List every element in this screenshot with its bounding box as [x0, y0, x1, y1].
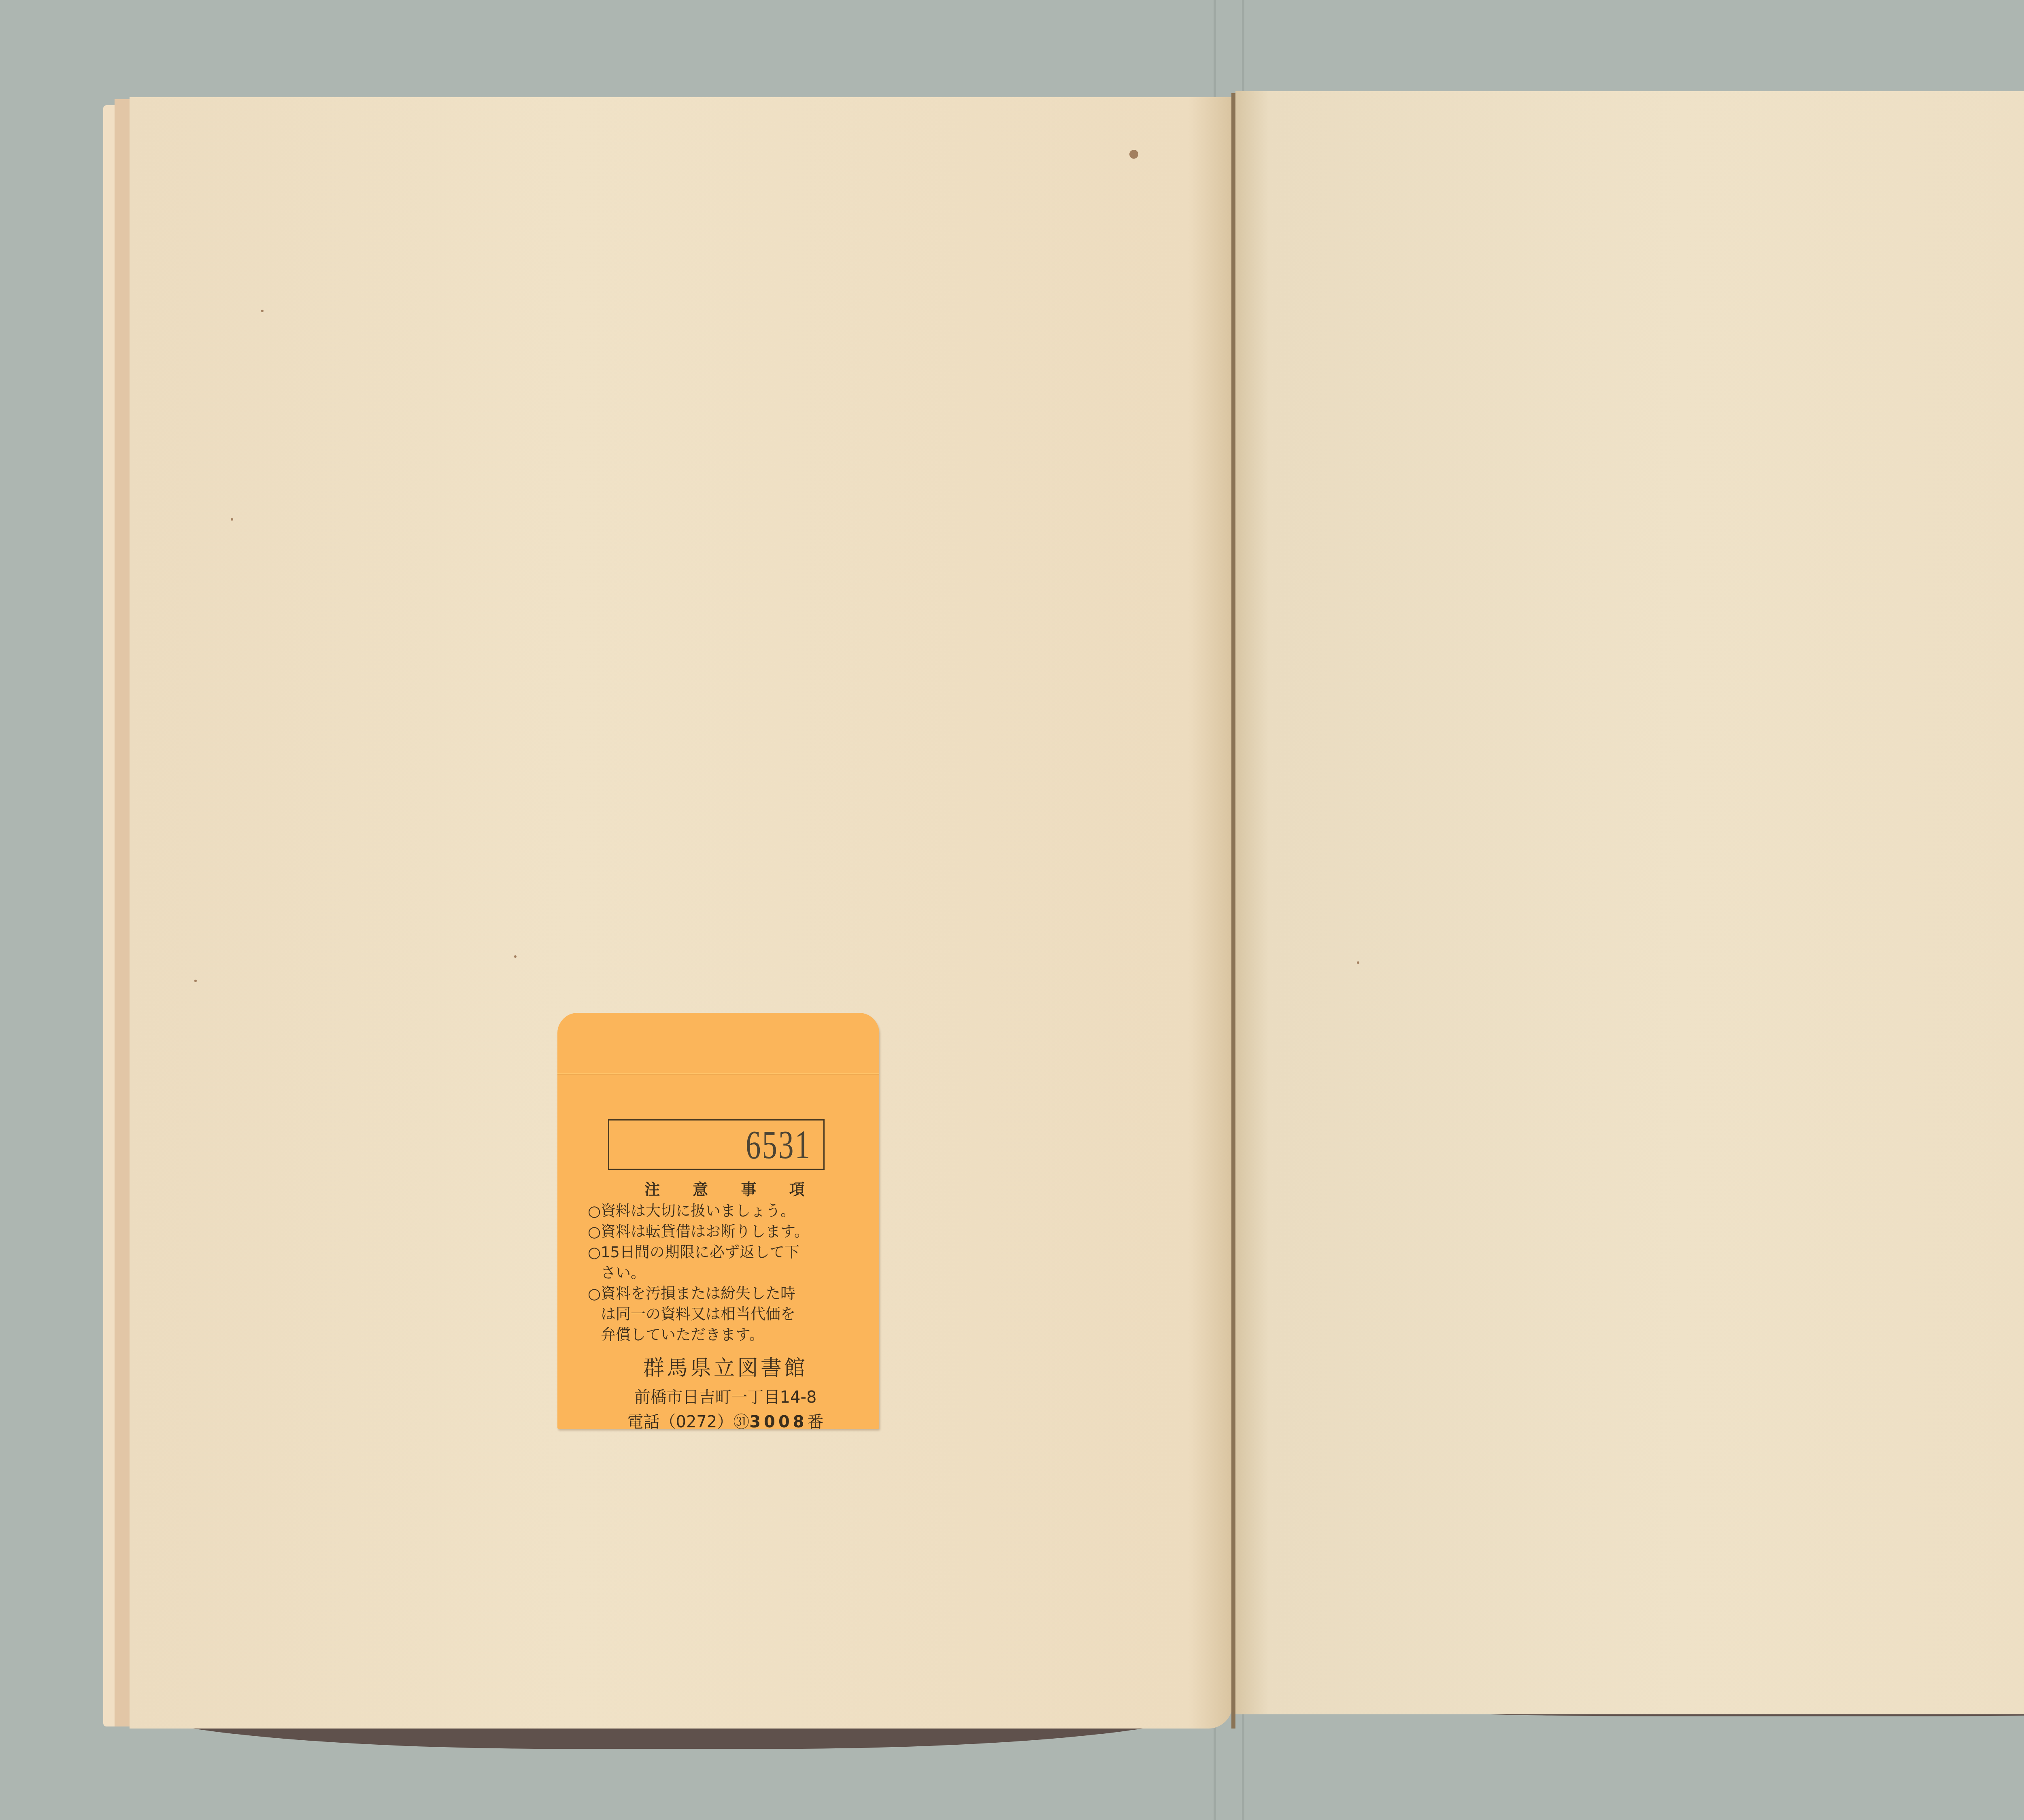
left-fore-edge: [103, 105, 115, 1726]
foxing-spot: [261, 310, 264, 312]
library-name: 群馬県立図書館: [588, 1351, 863, 1381]
foxing-spot: [1129, 150, 1138, 159]
library-phone: 電話（0272）㉛3008番: [588, 1409, 863, 1432]
notice-item: ○資料は転貸借はお断りします。: [588, 1221, 863, 1242]
notice-item: ○15日間の期限に必ず返して下: [588, 1242, 863, 1263]
foxing-spot: [1357, 961, 1359, 964]
call-number: 6531: [746, 1121, 811, 1168]
library-address: 前橋市日吉町一丁目14-8: [588, 1384, 863, 1408]
left-fore-edge-inner: [115, 99, 131, 1726]
left-page: [130, 97, 1233, 1729]
notice-title: 注 意 事 項: [588, 1177, 863, 1199]
call-number-box: 6531: [608, 1119, 825, 1170]
foxing-spot: [231, 518, 233, 521]
notice-item: ○資料を汚損または紛失した時: [588, 1283, 863, 1304]
notice-item-continued: さい。: [588, 1263, 863, 1283]
book-gutter: [1231, 93, 1235, 1729]
notice-item-continued: は同一の資料又は相当代価を: [588, 1304, 863, 1325]
foxing-spot: [194, 980, 197, 982]
notice-block: 注 意 事 項 ○資料は大切に扱いましょう。 ○資料は転貸借はお断りします。 ○…: [588, 1177, 863, 1432]
right-page: [1235, 91, 2024, 1714]
notice-item-continued: 弁償していただきます。: [588, 1325, 863, 1345]
notice-item: ○資料は大切に扱いましょう。: [588, 1201, 863, 1221]
foxing-spot: [514, 955, 517, 958]
pocket-flap-crease: [557, 1073, 879, 1075]
library-card-pocket: 6531 注 意 事 項 ○資料は大切に扱いましょう。 ○資料は転貸借はお断りし…: [557, 1013, 879, 1429]
